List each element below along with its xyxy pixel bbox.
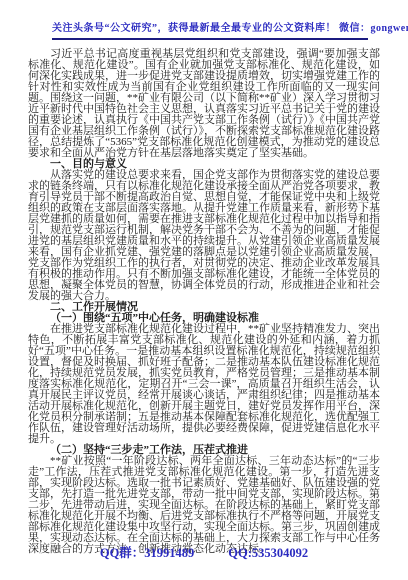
promo-banner: 关注头条号“公文研究”，获得最新最全最专业的公文资料库！ 微信：gongweny…: [52, 19, 368, 40]
subsection-2-2-paragraph: **矿业按照“一年阶段达标、两年全面达标、三年动态达标”的“三步走”工作法，压茬…: [28, 456, 380, 555]
intro-paragraph: 习近平总书记高度重视基层党组织和党支部建设，强调“要加强支部标准化、规范化建设”…: [28, 49, 380, 159]
section-1-paragraph: 从落实党的建设总要求来看，国企党支部作为贯彻落实党的建设总要求的链条终端，只有以…: [28, 170, 380, 302]
qq-group-number: QQ群：31991489: [100, 546, 194, 560]
contact-footer: QQ群：31991489QQ:535304092: [0, 543, 408, 561]
qq-number: QQ:535304092: [228, 546, 308, 560]
document-page: 关注头条号“公文研究”，获得最新最全最专业的公文资料库！ 微信：gongweny…: [0, 0, 408, 580]
subsection-2-1-paragraph: 在推进党支部标准化规范化建设过程中，**矿业坚持精准发力、突出特色，不断拓展丰富…: [28, 324, 380, 445]
document-body: 习近平总书记高度重视基层党组织和党支部建设，强调“要加强支部标准化、规范化建设”…: [28, 49, 380, 555]
